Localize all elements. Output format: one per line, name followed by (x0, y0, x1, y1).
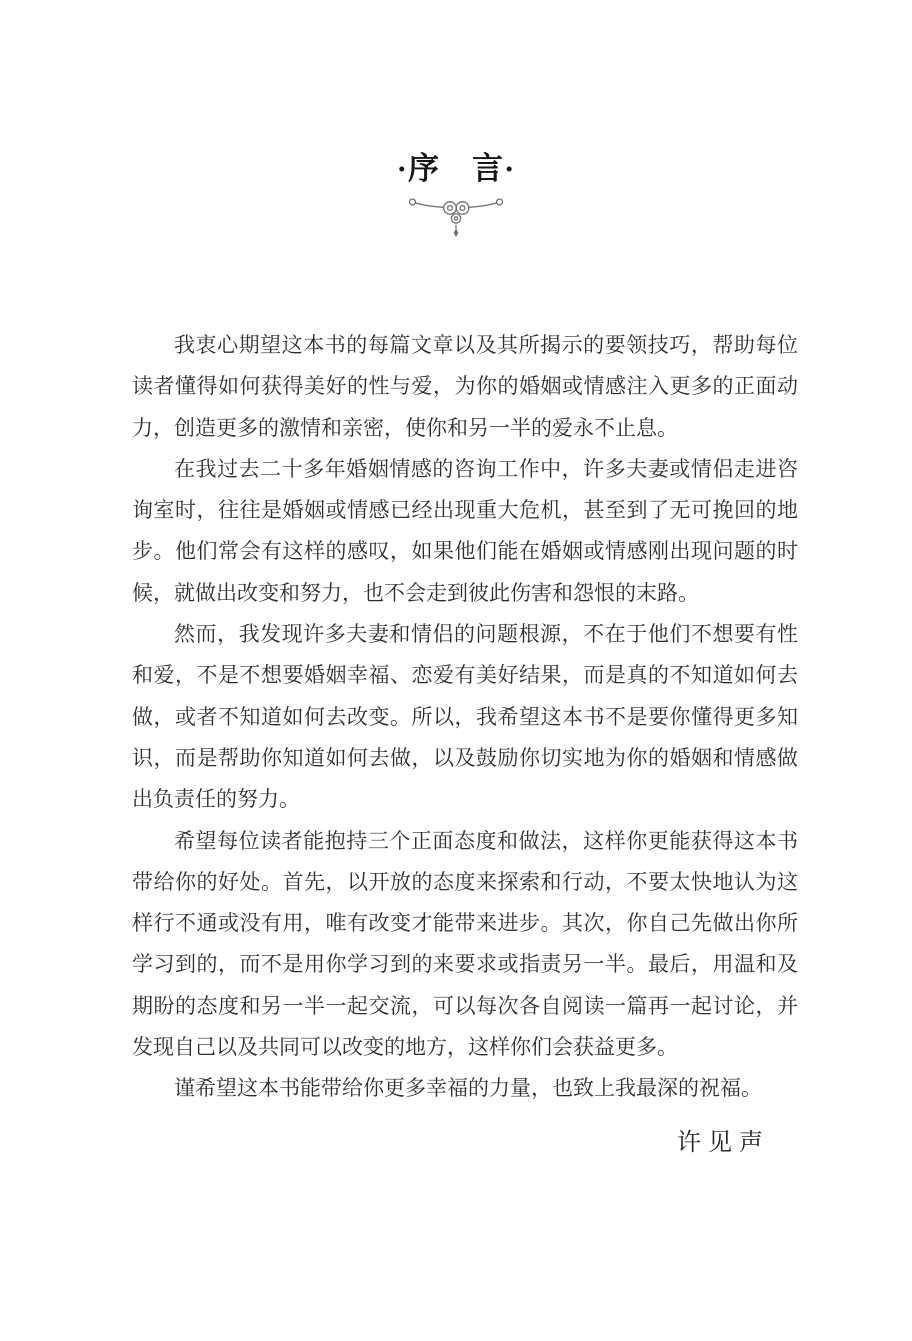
paragraph: 希望每位读者能抱持三个正面态度和做法，这样你更能获得这本书带给你的好处。首先，以… (132, 821, 798, 1069)
page-title: ·序 言· (0, 0, 912, 188)
flourish-divider-icon (406, 194, 506, 240)
book-preface-page: ·序 言· 我衷心期望这本书的每篇文章以及其所揭示的要领技巧，帮助每位读者懂得如… (0, 0, 912, 1341)
paragraph: 在我过去二十多年婚姻情感的咨询工作中，许多夫妻或情侣走进咨询室时，往往是婚姻或情… (132, 449, 798, 614)
author-signature: 许见声 (132, 1123, 798, 1164)
paragraph: 谨希望这本书能带给你更多幸福的力量，也致上我最深的祝福。 (132, 1068, 798, 1109)
paragraph: 然而，我发现许多夫妻和情侣的问题根源，不在于他们不想要有性和爱，不是不想要婚姻幸… (132, 614, 798, 820)
title-ornament (0, 194, 912, 240)
paragraph: 我衷心期望这本书的每篇文章以及其所揭示的要领技巧，帮助每位读者懂得如何获得美好的… (132, 325, 798, 449)
preface-body: 我衷心期望这本书的每篇文章以及其所揭示的要领技巧，帮助每位读者懂得如何获得美好的… (132, 325, 798, 1164)
